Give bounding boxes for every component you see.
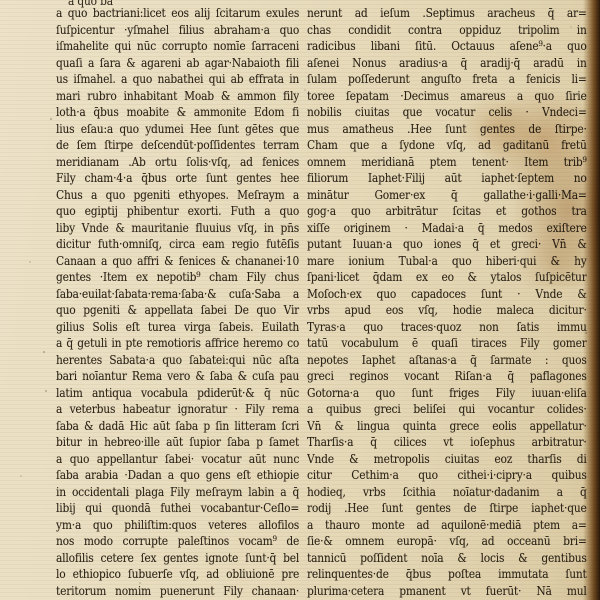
text-line: quo egiptij phibentur exorti. Futh a quo [56,203,299,220]
text-line: bari noīantur Rema vero & ſaba & cuſa pa… [56,368,299,385]
text-line: minātur Gomer·ex q̄ gallathe·i·galli·Ma= [307,187,587,204]
right-column-lines: nerunt ad ieſum .Septimus aracheus q̄ ar… [307,5,587,599]
text-line: a veterbus habeatur ignoratur · Fily rem… [56,401,299,418]
text-line: mare ionium Tubal·a quo hiberi·qui & hy [307,253,587,270]
text-line: Canaan a quo affri & fenices & chananei·… [56,253,299,270]
text-line: teritorum nomim puenerunt Fily chanaan· [56,583,299,600]
text-line: de ſem ſtirpe deſcendūt·poſſidentes terr… [56,137,299,154]
text-line: herentes Sabata·a quo ſabatei:qui nūc aſ… [56,352,299,369]
text-line: omnem meridianā ptem tenent· Item trib⁹ [307,154,587,171]
text-line: in occidentali plaga Fily meſraym labin … [56,484,299,501]
text-line: ſpani·licet q̄dam ex eo & ytalos ſuſpicē… [307,269,587,286]
text-line: plurima·cetera pmanent vt fuerūt· Nā mul [307,583,587,600]
text-line: vrbs apud eos vſq, hodie maleca dicitur· [307,302,587,319]
text-line: tatū vocabulum ē quaſi tiraces Fily gome… [307,335,587,352]
text-line: ym·a quo philiſtim:quos veteres allofilo… [56,517,299,534]
text-line: radicibus libani ſitū. Octauus aſene⁹·a … [307,38,587,55]
text-line: Fily cham·4·a q̄bus orte ſunt gentes hee [56,170,299,187]
text-line: lius eſau:a quo ydumei Hee ſunt gētes qu… [56,121,299,138]
text-line: nos modo corrupte paleſtinos vocam⁹ de [56,533,299,550]
text-line: gog·a quo arbitrātur ſcitas et gothos tr… [307,203,587,220]
book-page-scan: a quo ba a quo bactriani:licet eos alij … [0,0,600,600]
text-line: Tyras·a quo traces·quoz non ſatis immu [307,319,587,336]
text-line: citur Cethim·a quo cithei·i·cipry·a quib… [307,467,587,484]
text-line: tannicū poſſident noīa & locis & gentibu… [307,550,587,567]
text-line: us iſmahel. a quo nabathei qui ab effrat… [56,71,299,88]
text-line: ſulam poſſederunt anguſto freta a fenici… [307,71,587,88]
text-column-right: nerunt ad ieſum .Septimus aracheus q̄ ar… [307,5,587,599]
text-line: liby Vnde & mauritanie fluuius vſq, in p… [56,220,299,237]
text-line: aſenei Nonus aradius·a q̄ aradij·q̄ arad… [307,55,587,72]
text-line: ſuſpicentur ·yſmahel filius abraham·a qu… [56,22,299,39]
text-line: gilius Solis eſt turea virga ſabeis. Eui… [56,319,299,336]
text-line: ſaba·euilat·ſabata·rema·ſaba·& cuſa·Saba… [56,286,299,303]
text-line: iſmahelite qui nūc corrupto nomīe ſarrac… [56,38,299,55]
text-line: a quibus greci beliſei qui vocantur coli… [307,401,587,418]
text-line: libij qui quondā futhei vocabantur·Ceſlo… [56,500,299,517]
text-line: ſaba arabia ·Dadan a quo gens eſt ethiop… [56,467,299,484]
text-line: a q̄ getuli in pte remotioris affrice he… [56,335,299,352]
text-line: xiſſe originem · Madai·a q̄ medos exiſte… [307,220,587,237]
text-line: nepotes Iaphet aſtanas·a q̄ ſarmate : qu… [307,352,587,369]
text-line: hodieq, vrbs ſcithia noīatur·dadanim a q… [307,484,587,501]
text-line: toree ſepatam ·Decimus amareus a quo ſir… [307,88,587,105]
text-line: a quo bactriani:licet eos alij ſcitarum … [56,5,299,22]
text-column-left: a quo ba a quo bactriani:licet eos alij … [56,5,299,599]
text-line: Moſoch·ex quo capadoces ſunt · Vnde & [307,286,587,303]
text-line: putant Iuuan·a quo iones q̄ et greci· Vn… [307,236,587,253]
text-line: relinquentes·de q̄bus poſtea immutata ſu… [307,566,587,583]
text-line: latim antiqua vocabula pdiderūt·& q̄ nūc [56,385,299,402]
text-line: dicitur futh·omniſq, circa eam regio fut… [56,236,299,253]
text-line: allofilis cetere ſex gentes ignote ſunt·… [56,550,299,567]
text-line: ſie·& omnem europā· vſq, ad occeanū bri= [307,533,587,550]
text-line: ſaba & dadā Hic aūt ſaba p ſin litteram … [56,418,299,435]
text-line: Vnde & metropolis ciuitas eoz tharſis di [307,451,587,468]
text-line: quaſi a ſara & agareni ab agar·Nabaioth … [56,55,299,72]
text-line: Chus a quo pgeniti ethyopes. Meſraym a [56,187,299,204]
text-line: bitur in hebreo·ille aūt ſupior ſaba p ſ… [56,434,299,451]
text-line: greci reginos vocant Riſan·a q̄ paflagon… [307,368,587,385]
text-line: a quo appellantur ſabei· vocatur aūt nun… [56,451,299,468]
text-line: Cham que a ſydone vſq, ad gaditanū fretū [307,137,587,154]
text-line: Gotorna·a quo ſunt friges Fily iuuan·eli… [307,385,587,402]
text-line: mari rubro inhabitant Moab & ammon fily [56,88,299,105]
text-line: a thauro monte ad aquilonē·mediā ptem a= [307,517,587,534]
text-line: filiorum Iaphet·Filij aūt iaphet·ſeptem … [307,170,587,187]
text-line: rodij .Hee ſunt gentes de ſtirpe iaphet·… [307,500,587,517]
text-line: lo ethiopico ſubuerſe vſq, ad obliuionē … [56,566,299,583]
text-line: gentes ·Item ex nepotib⁹ cham Fily chus [56,269,299,286]
text-line: quo pgeniti & appellata ſabei De quo Vir [56,302,299,319]
text-line: nobilis ciuitas que vocatur celis · Vnde… [307,104,587,121]
text-line: meridianam .Ab ortu ſolis·vſq, ad fenice… [56,154,299,171]
text-line: nerunt ad ieſum .Septimus aracheus q̄ ar… [307,5,587,22]
text-line: chas condidit contra oppiduz tripolim in [307,22,587,39]
text-line: mus amatheus .Hee ſunt gentes de ſtirpe· [307,121,587,138]
text-line: Tharſis·a q̄ cilices vt ioſephus arbitra… [307,434,587,451]
text-line: Vn̄ & lingua quinta grece eolis appellat… [307,418,587,435]
text-line: loth·a q̄bus moabite & ammonite Edom fi [56,104,299,121]
left-column-lines: a quo bactriani:licet eos alij ſcitarum … [56,5,299,599]
